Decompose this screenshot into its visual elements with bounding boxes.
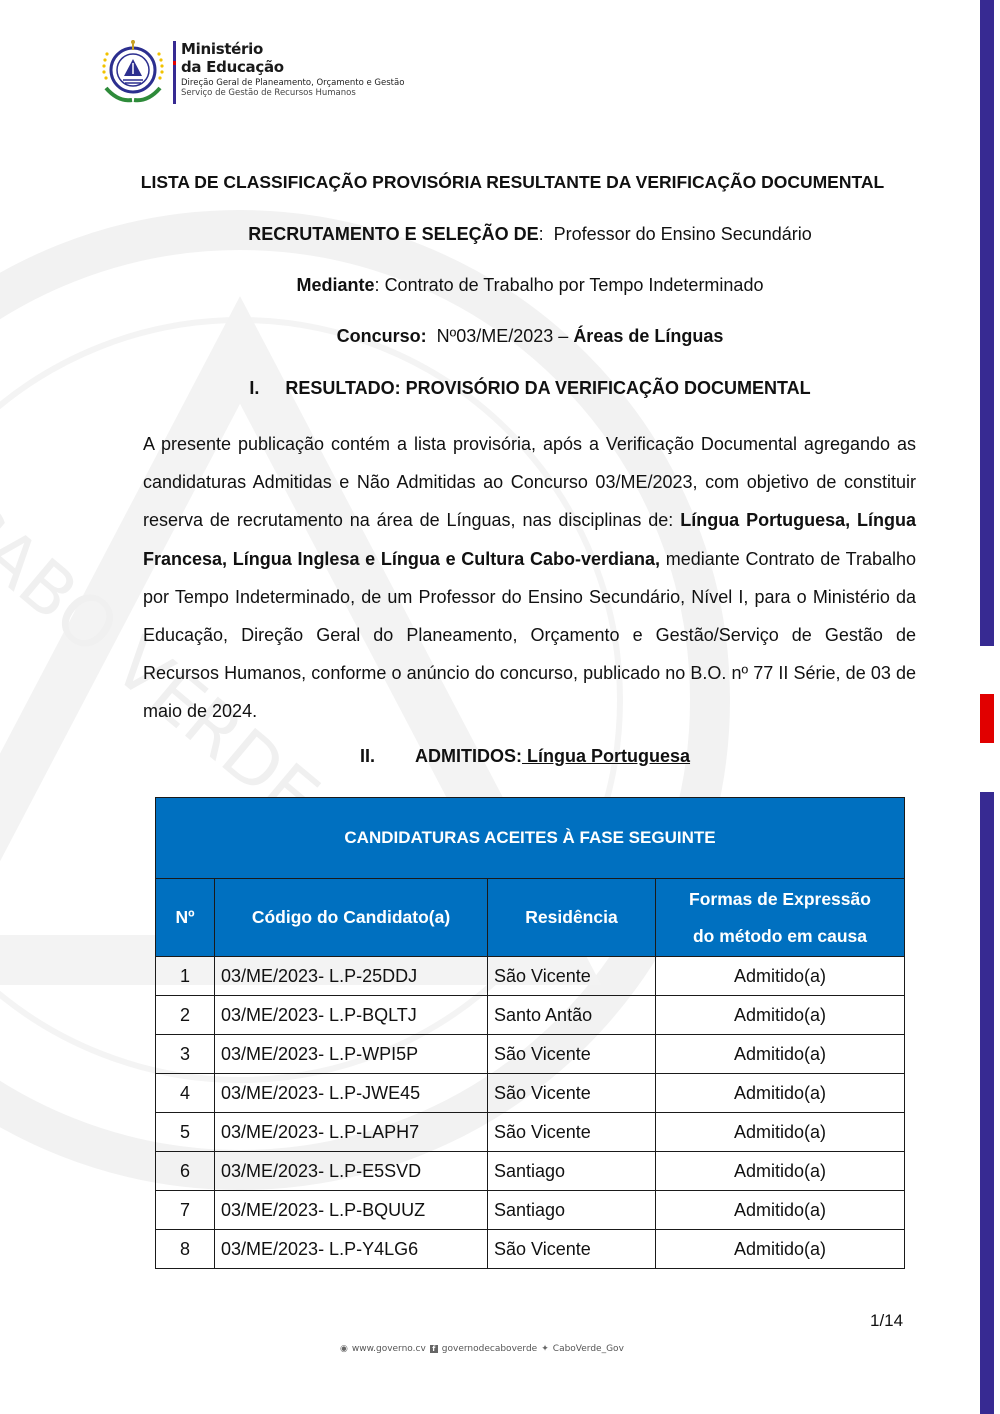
concurso-area: Áreas de Línguas [573,326,723,346]
section-2-heading: II.ADMITIDOS: Língua Portuguesa [360,746,690,767]
footer-website[interactable]: www.governo.cv [352,1344,426,1354]
footer: ◉ www.governo.cv f governodecaboverde ✦ … [340,1344,624,1354]
row-number-cell: 8 [156,1230,215,1269]
table-row: 803/ME/2023- L.P-Y4LG6São VicenteAdmitid… [156,1230,905,1269]
candidate-code-cell: 03/ME/2023- L.P-25DDJ [215,957,488,996]
row-number-cell: 1 [156,957,215,996]
footer-twitter[interactable]: CaboVerde_Gov [553,1344,624,1354]
table-caption: CANDIDATURAS ACEITES À FASE SEGUINTE [156,798,905,879]
status-cell: Admitido(a) [656,1230,905,1269]
candidate-code-cell: 03/ME/2023- L.P-BQUUZ [215,1191,488,1230]
intro-paragraph: A presente publicação contém a lista pro… [143,425,916,731]
recruitment-label: RECRUTAMENTO E SELEÇÃO DE [248,224,538,244]
candidate-code-cell: 03/ME/2023- L.P-Y4LG6 [215,1230,488,1269]
column-header-code: Código do Candidato(a) [215,879,488,957]
section-1-heading: I.RESULTADO: PROVISÓRIO DA VERIFICAÇÃO D… [140,378,920,399]
candidate-code-cell: 03/ME/2023- L.P-BQLTJ [215,996,488,1035]
ministry-name-line2: da Educação [181,58,404,76]
residence-cell: Santo Antão [488,996,656,1035]
row-number-cell: 6 [156,1152,215,1191]
brand-bar-red [980,694,994,743]
table-row: 203/ME/2023- L.P-BQLTJSanto AntãoAdmitid… [156,996,905,1035]
brand-bar-bottom [980,792,994,1414]
facebook-icon: f [430,1345,438,1353]
residence-cell: São Vicente [488,1230,656,1269]
row-number-cell: 3 [156,1035,215,1074]
status-cell: Admitido(a) [656,1113,905,1152]
ministry-heading: Ministério da Educação Direção Geral de … [181,40,404,98]
table-row: 103/ME/2023- L.P-25DDJSão VicenteAdmitid… [156,957,905,996]
table-row: 703/ME/2023- L.P-BQUUZSantiagoAdmitido(a… [156,1191,905,1230]
status-cell: Admitido(a) [656,1152,905,1191]
candidate-code-cell: 03/ME/2023- L.P-LAPH7 [215,1113,488,1152]
table-row: 303/ME/2023- L.P-WPI5PSão VicenteAdmitid… [156,1035,905,1074]
section-2-number: II. [360,746,375,767]
concurso-label: Concurso: [337,326,427,346]
column-header-number: Nº [156,879,215,957]
section-1-title: RESULTADO: PROVISÓRIO DA VERIFICAÇÃO DOC… [285,378,810,398]
residence-cell: São Vicente [488,1113,656,1152]
section-2-label: ADMITIDOS: [415,746,522,766]
brand-bar-top [980,0,994,646]
section-1-number: I. [249,378,259,399]
column-header-status: Formas de Expressão do método em causa [656,879,905,957]
mediante-line: Mediante: Contrato de Trabalho por Tempo… [140,275,920,296]
candidate-code-cell: 03/ME/2023- L.P-E5SVD [215,1152,488,1191]
footer-facebook[interactable]: governodecaboverde [442,1344,537,1354]
status-cell: Admitido(a) [656,1074,905,1113]
candidate-code-cell: 03/ME/2023- L.P-JWE45 [215,1074,488,1113]
twitter-icon: ✦ [541,1344,549,1354]
status-cell: Admitido(a) [656,1191,905,1230]
ministry-name-line1: Ministério [181,40,404,58]
table-row: 503/ME/2023- L.P-LAPH7São VicenteAdmitid… [156,1113,905,1152]
status-cell: Admitido(a) [656,957,905,996]
row-number-cell: 7 [156,1191,215,1230]
residence-cell: São Vicente [488,1035,656,1074]
cabo-verde-coat-of-arms-icon [98,38,168,106]
residence-cell: São Vicente [488,957,656,996]
table-row: 603/ME/2023- L.P-E5SVDSantiagoAdmitido(a… [156,1152,905,1191]
row-number-cell: 2 [156,996,215,1035]
concurso-line: Concurso: Nº03/ME/2023 – Áreas de Língua… [140,326,920,347]
residence-cell: Santiago [488,1152,656,1191]
row-number-cell: 4 [156,1074,215,1113]
mediante-value: Contrato de Trabalho por Tempo Indetermi… [385,275,764,295]
globe-icon: ◉ [340,1344,348,1354]
department-name: Direção Geral de Planeamento, Orçamento … [181,78,404,88]
column-header-residence: Residência [488,879,656,957]
residence-cell: São Vicente [488,1074,656,1113]
recruitment-value: Professor do Ensino Secundário [554,224,812,244]
paragraph-text-2: mediante Contrato de Trabalho por Tempo … [143,549,916,722]
mediante-label: Mediante [297,275,375,295]
concurso-number: Nº03/ME/2023 – [437,326,569,346]
page-number: 1/14 [870,1311,903,1331]
residence-cell: Santiago [488,1191,656,1230]
document-title: LISTA DE CLASSIFICAÇÃO PROVISÓRIA RESULT… [140,172,885,193]
service-name: Serviço de Gestão de Recursos Humanos [181,88,404,98]
section-2-subject: Língua Portuguesa [522,746,690,766]
table-row: 403/ME/2023- L.P-JWE45São VicenteAdmitid… [156,1074,905,1113]
status-cell: Admitido(a) [656,1035,905,1074]
status-cell: Admitido(a) [656,996,905,1035]
row-number-cell: 5 [156,1113,215,1152]
logo-divider [173,41,176,104]
candidate-code-cell: 03/ME/2023- L.P-WPI5P [215,1035,488,1074]
recruitment-line: RECRUTAMENTO E SELEÇÃO DE: Professor do … [140,224,920,245]
candidates-table: CANDIDATURAS ACEITES À FASE SEGUINTE Nº … [155,797,905,1269]
